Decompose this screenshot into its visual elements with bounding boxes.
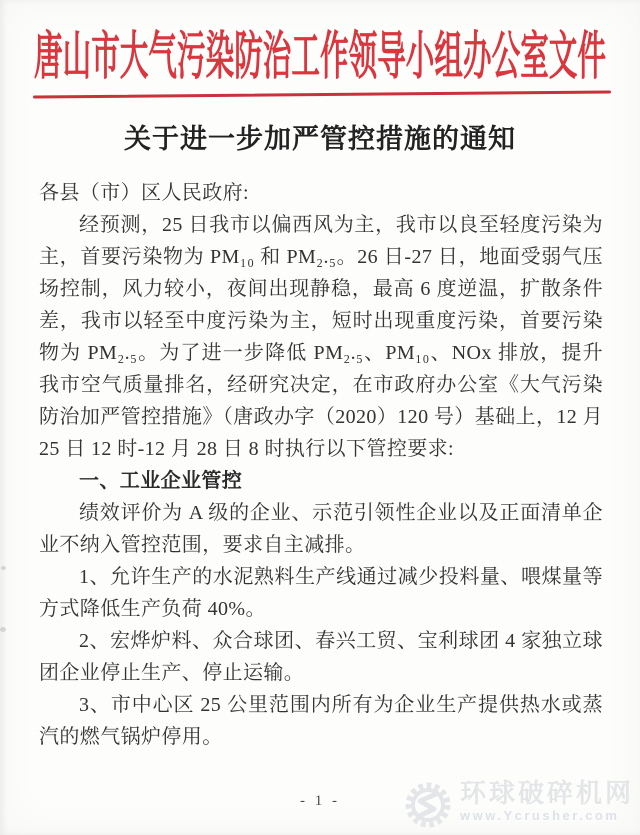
letterhead-banner: 唐山市大气污染防治工作领导小组办公室文件 bbox=[0, 16, 640, 90]
section-1-item-2: 2、宏烨炉料、众合球团、春兴工贸、宝利球团 4 家独立球团企业停止生产、停止运输… bbox=[39, 625, 603, 689]
scan-speck bbox=[1, 566, 6, 570]
section-1-general-rule: 绩效评价为 A 级的企业、示范引领性企业以及正面清单企业不纳入管控范围，要求自主… bbox=[39, 497, 603, 561]
document-body: 各县（市）区人民政府: 经预测，25 日我市以偏西风为主，我市以良至轻度污染为主… bbox=[39, 177, 603, 753]
letterhead-divider bbox=[33, 90, 611, 98]
document-title: 关于进一步加严管控措施的通知 bbox=[0, 117, 640, 156]
letterhead-title: 唐山市大气污染防治工作领导小组办公室文件 bbox=[34, 28, 606, 86]
section-1-item-3: 3、市中心区 25 公里范围内所有为企业生产提供热水或蒸汽的燃气锅炉停用。 bbox=[39, 689, 603, 753]
intro-paragraph: 经预测，25 日我市以偏西风为主，我市以良至轻度污染为主，首要污染物为 PM₁₀… bbox=[39, 209, 603, 465]
greeting-line: 各县（市）区人民政府: bbox=[39, 177, 603, 209]
document-page: 唐山市大气污染防治工作领导小组办公室文件 关于进一步加严管控措施的通知 各县（市… bbox=[0, 0, 640, 835]
scan-speck bbox=[0, 627, 6, 632]
section-1-heading: 一、工业企业管控 bbox=[39, 465, 603, 497]
section-1-item-1: 1、允许生产的水泥熟料生产线通过减少投料量、喂煤量等方式降低生产负荷 40%。 bbox=[39, 561, 603, 625]
page-number: - 1 - bbox=[0, 793, 640, 810]
